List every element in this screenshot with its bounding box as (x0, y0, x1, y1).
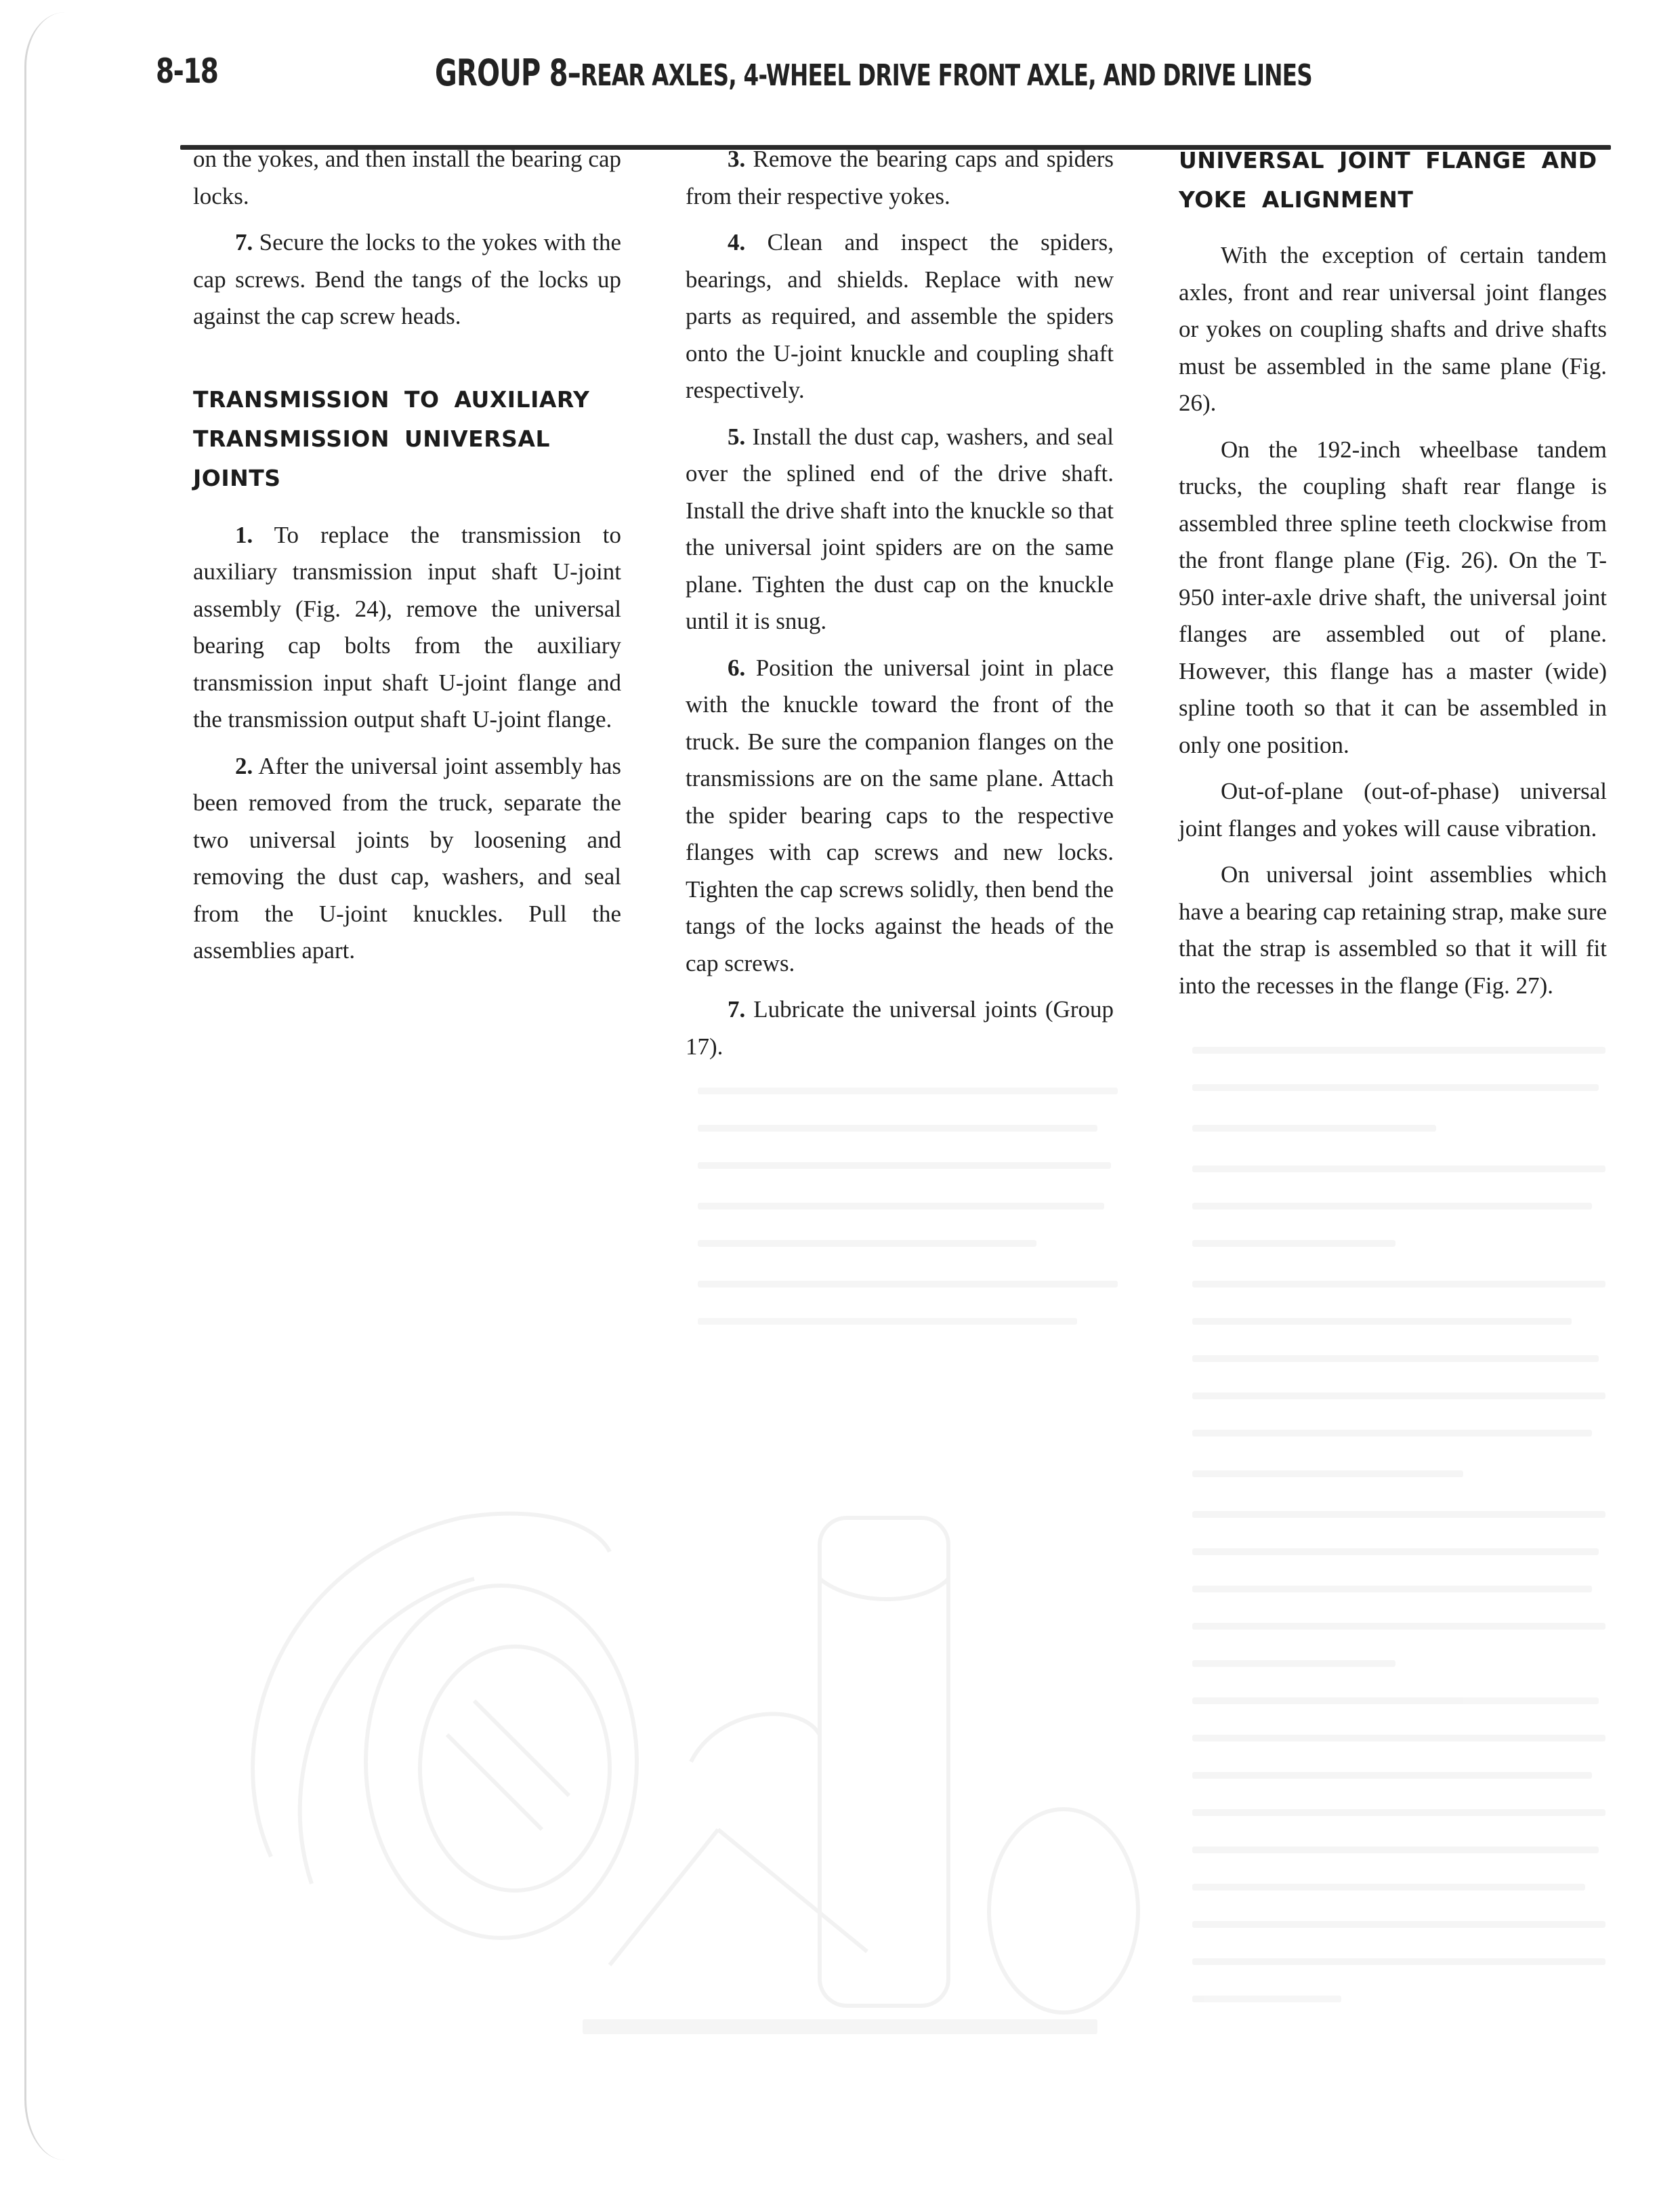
step-text: Remove the bearing caps and spiders from… (686, 146, 1114, 209)
alignment-paragraph-2: On the 192-inch wheelbase tandem trucks,… (1179, 432, 1607, 764)
step-5-paragraph: 5. Install the dust cap, washers, and se… (686, 419, 1114, 640)
section-heading-flange-yoke-alignment: UNIVERSAL JOINT FLANGE AND YOKE ALIGNMEN… (1179, 141, 1607, 220)
step-text: To replace the transmission to auxiliary… (193, 522, 621, 733)
running-title: GROUP 8–REAR AXLES, 4-WHEEL DRIVE FRONT … (435, 51, 1312, 94)
step-number: 6. (728, 655, 745, 681)
step-number: 7. (235, 229, 253, 255)
bleed-figure-drawing (190, 1477, 1206, 2033)
paragraph-continued: on the yokes, and then install the beari… (193, 141, 621, 215)
alignment-paragraph-1: With the exception of certain tandem axl… (1179, 237, 1607, 422)
page-header: 8-18 GROUP 8–REAR AXLES, 4-WHEEL DRIVE F… (156, 47, 1611, 108)
step-number: 7. (728, 996, 745, 1023)
alignment-paragraph-4: On universal joint assemblies which have… (1179, 856, 1607, 1004)
step-text: Clean and inspect the spiders, bearings,… (686, 229, 1114, 403)
text-column-2: 3. Remove the bearing caps and spiders f… (686, 141, 1114, 1075)
step-text: Install the dust cap, washers, and seal … (686, 424, 1114, 635)
title-dash: – (568, 51, 581, 94)
step-text: After the universal joint assembly has b… (193, 753, 621, 964)
step-6-paragraph: 6. Position the universal joint in place… (686, 650, 1114, 983)
text-column-1: on the yokes, and then install the beari… (193, 141, 621, 979)
text-column-3: UNIVERSAL JOINT FLANGE AND YOKE ALIGNMEN… (1179, 141, 1607, 1014)
step-number: 5. (728, 424, 745, 450)
step-4-paragraph: 4. Clean and inspect the spiders, bearin… (686, 224, 1114, 409)
step-number: 2. (235, 753, 253, 779)
step-number: 3. (728, 146, 745, 172)
step-7-paragraph: 7. Secure the locks to the yokes with th… (193, 224, 621, 335)
step-text: Secure the locks to the yokes with the c… (193, 229, 621, 329)
step-2-paragraph: 2. After the universal joint assembly ha… (193, 748, 621, 970)
step-number: 1. (235, 522, 253, 548)
group-label: GROUP 8 (435, 51, 568, 94)
step-text: Lubricate the universal joints (Group 17… (686, 996, 1114, 1060)
step-1-paragraph: 1. To replace the transmission to auxili… (193, 517, 621, 739)
step-text: Position the universal joint in place wi… (686, 655, 1114, 976)
section-title: REAR AXLES, 4-WHEEL DRIVE FRONT AXLE, AN… (581, 58, 1312, 93)
section-heading-transmission-ujoints: TRANSMISSION TO AUXILIARY TRANSMISSION U… (193, 380, 621, 498)
alignment-paragraph-3: Out-of-plane (out-of-phase) universal jo… (1179, 773, 1607, 847)
step-3-paragraph: 3. Remove the bearing caps and spiders f… (686, 141, 1114, 215)
step-number: 4. (728, 229, 745, 255)
step-7-lubricate-paragraph: 7. Lubricate the universal joints (Group… (686, 991, 1114, 1065)
page-number: 8-18 (156, 51, 217, 91)
